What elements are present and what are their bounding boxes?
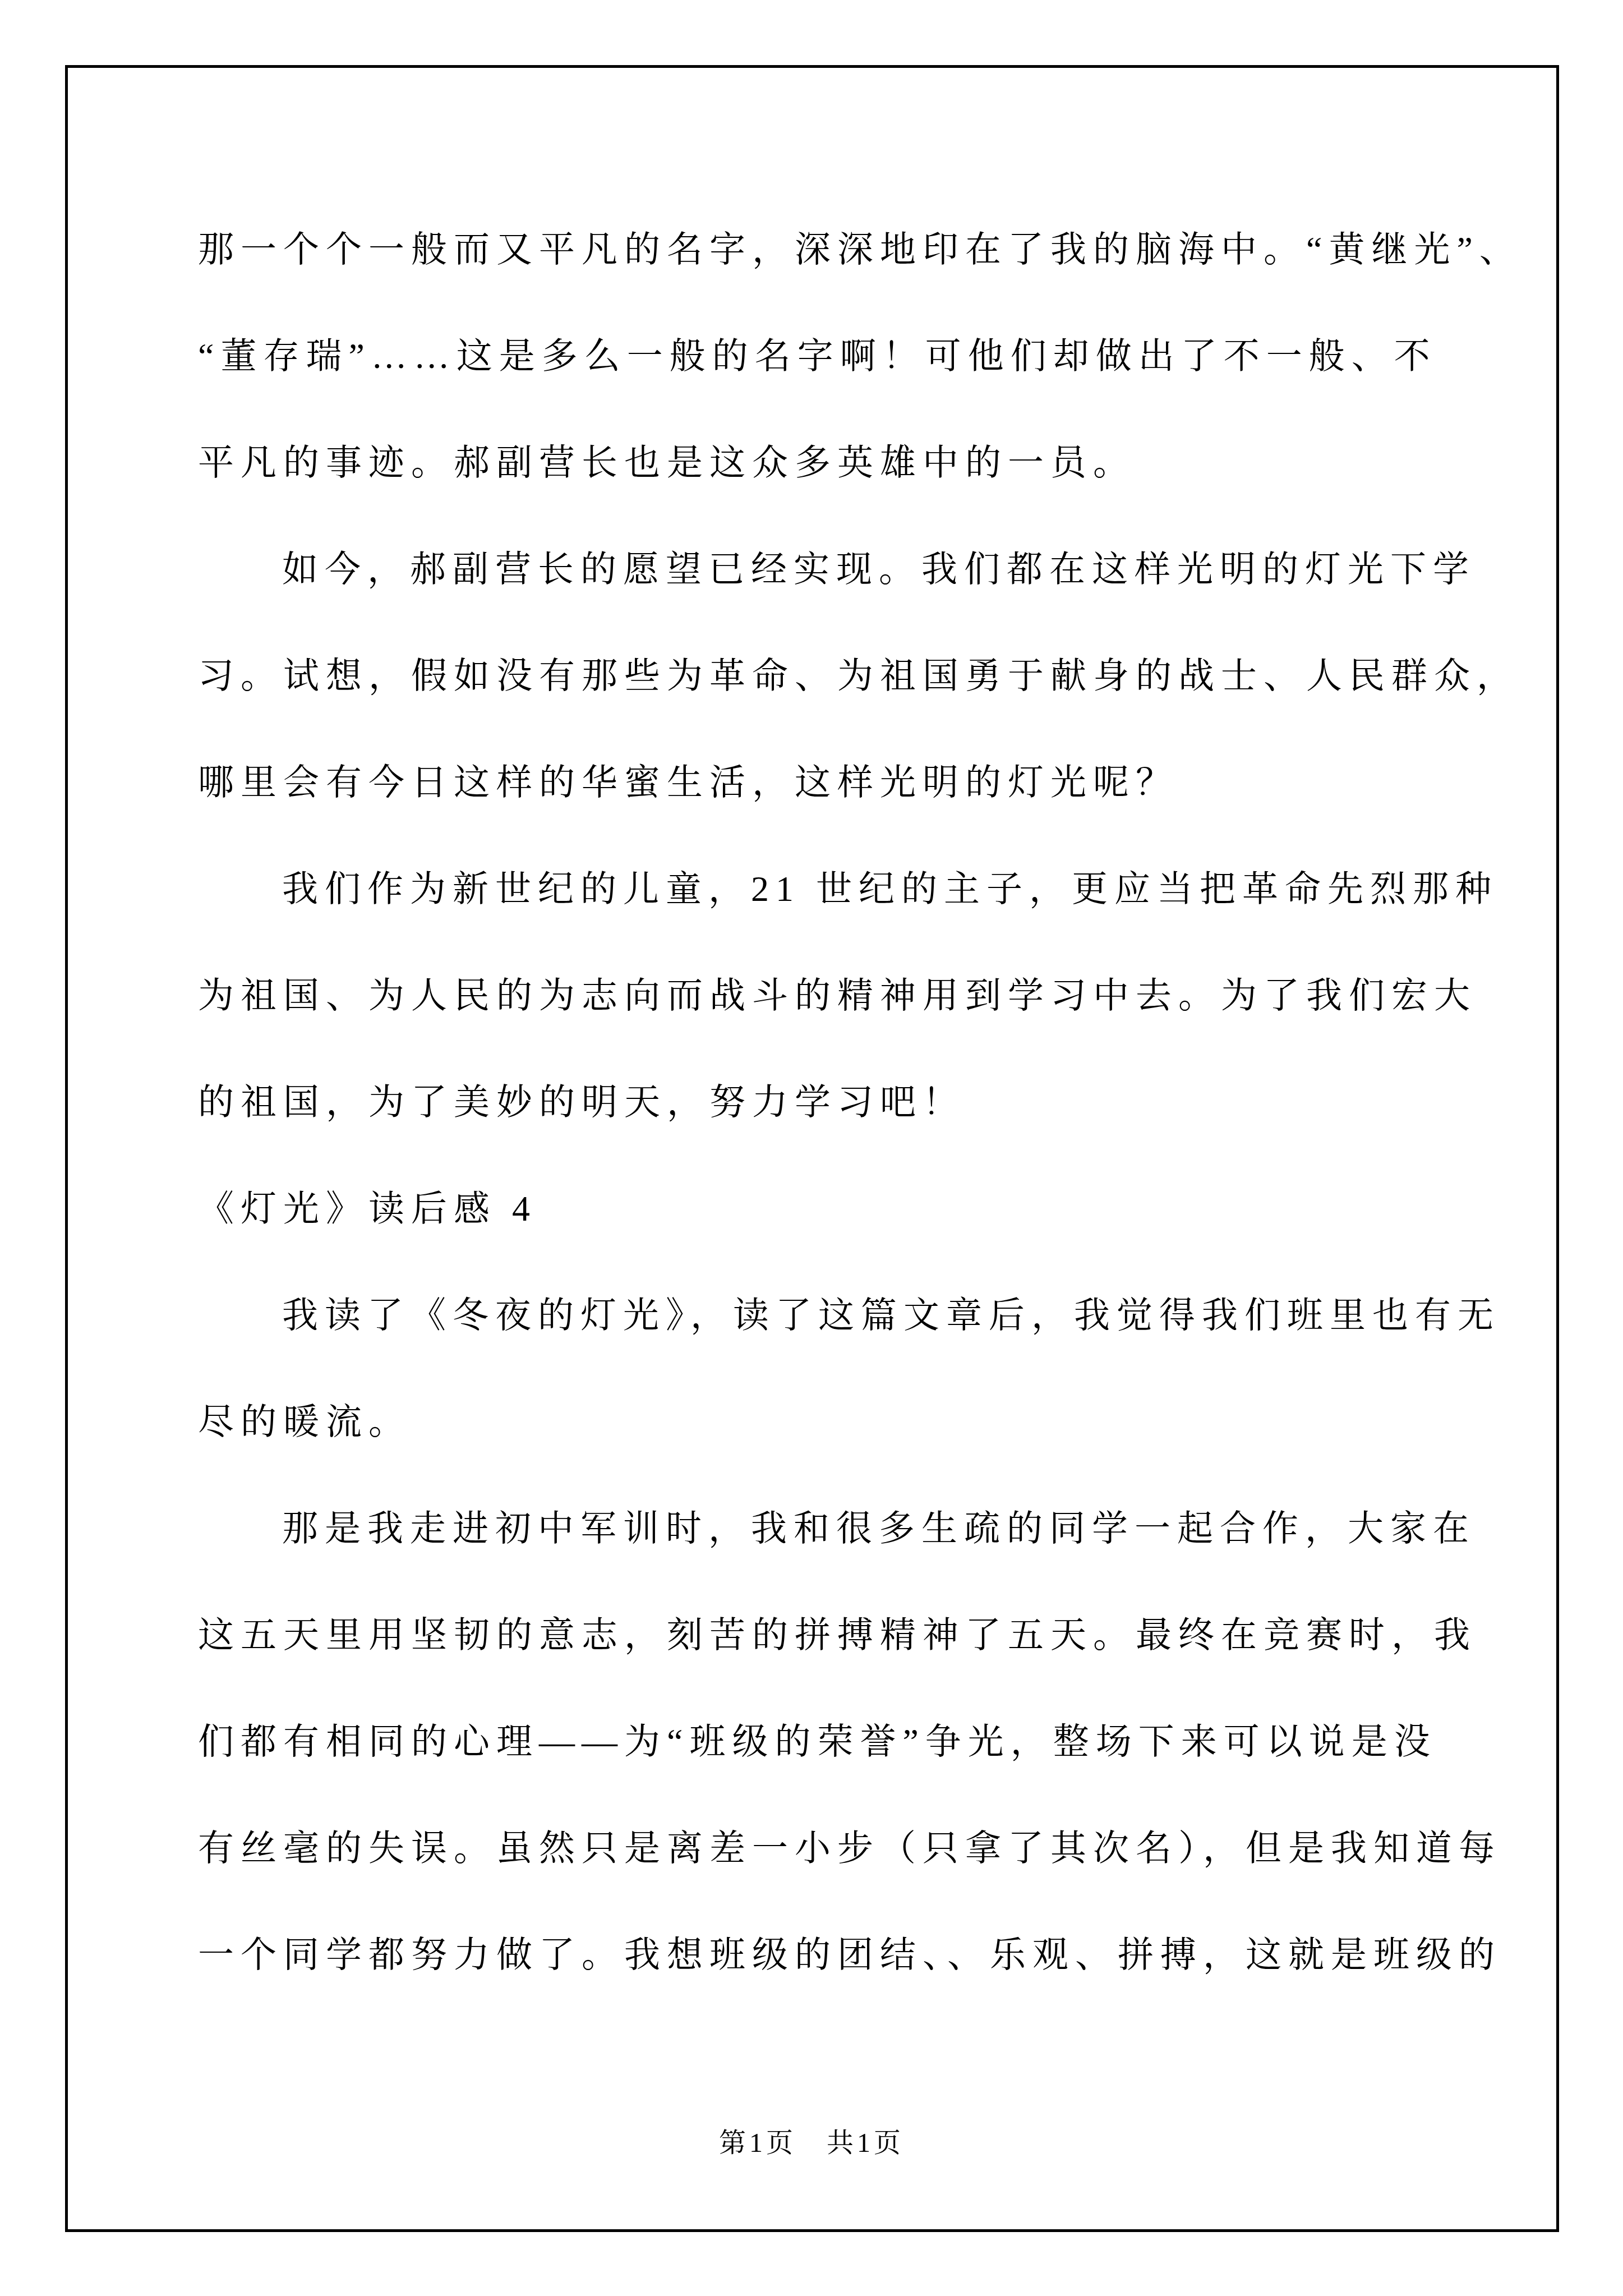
text-line: 那是我走进初中军训时，我和很多生疏的同学一起合作，大家在 [198,1509,1512,1548]
document-page: 那一个个一般而又平凡的名字，深深地印在了我的脑海中。“黄继光”、“董存瑞”……这… [0,0,1623,2296]
text-line: 哪里会有今日这样的华蜜生活，这样光明的灯光呢？ [198,763,1428,802]
text-line: 那一个个一般而又平凡的名字，深深地印在了我的脑海中。“黄继光”、 [198,230,1428,269]
text-line: 这五天里用坚韧的意志，刻苦的拼搏精神了五天。最终在竞赛时，我 [198,1616,1428,1655]
text-line: 的祖国，为了美妙的明天，努力学习吧！ [198,1083,1428,1122]
text-line: 我读了《冬夜的灯光》，读了这篇文章后，我觉得我们班里也有无 [198,1296,1512,1335]
text-line: 一个同学都努力做了。我想班级的团结、、乐观、拼搏，这就是班级的 [198,1935,1428,1975]
text-line: 们都有相同的心理——为“班级的荣誉”争光，整场下来可以说是没 [198,1722,1428,1761]
text-line: 为祖国、为人民的为志向而战斗的精神用到学习中去。为了我们宏大 [198,976,1428,1015]
text-line: 有丝毫的失误。虽然只是离差一小步（只拿了其次名），但是我知道每 [198,1829,1428,1868]
text-line: 尽的暖流。 [198,1402,1428,1442]
text-line: “董存瑞”……这是多么一般的名字啊！可他们却做出了不一般、不 [198,337,1428,376]
text-line: 习。试想，假如没有那些为革命、为祖国勇于献身的战士、人民群众， [198,656,1428,696]
section-heading: 《灯光》读后感 4 [198,1189,1428,1228]
text-line: 平凡的事迹。郝副营长也是这众多英雄中的一员。 [198,443,1428,482]
document-body: 那一个个一般而又平凡的名字，深深地印在了我的脑海中。“黄继光”、“董存瑞”……这… [0,0,1623,2296]
text-line: 我们作为新世纪的儿童，21 世纪的主子，更应当把革命先烈那种 [198,869,1512,909]
page-number-footer: 第1页 共1页 [0,2128,1623,2159]
text-line: 如今，郝副营长的愿望已经实现。我们都在这样光明的灯光下学 [198,550,1512,589]
